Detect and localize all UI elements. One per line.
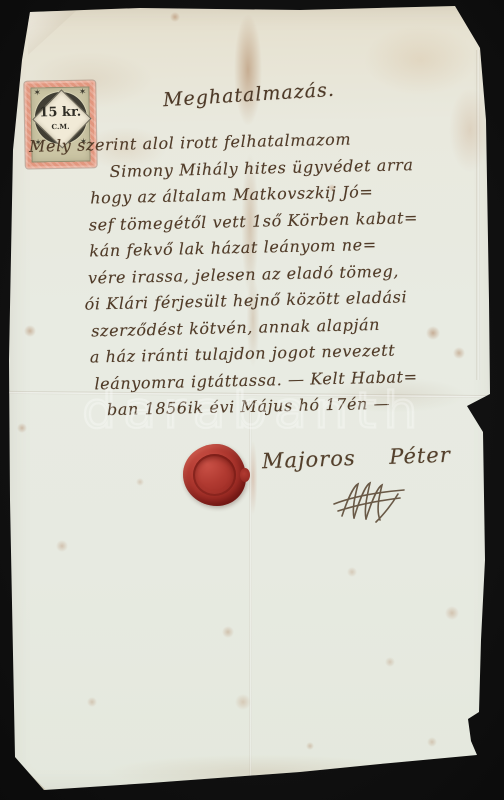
top-left-dogear — [28, 11, 76, 55]
stamp-diamond — [32, 89, 91, 148]
stamp-eagle-ornament: ✶ — [80, 139, 88, 148]
stamp-rosette-circle — [34, 92, 87, 145]
stamp-eagle-ornament: ✶ — [33, 89, 41, 98]
body-line: kán fekvő lak házat leányom ne= — [89, 229, 489, 265]
horizontal-fold-crease — [8, 391, 488, 398]
document-paper: ✶ ✶ ✶ ✶ 15 kr. C.M. Meghatalmazás. Mely … — [0, 0, 504, 800]
signature-flourish — [328, 478, 412, 524]
stamp-eagle-ornament: ✶ — [79, 89, 87, 98]
foxing-stains — [0, 0, 504, 800]
body-line: hogy az általam Matkovszkij Jó= — [90, 176, 488, 212]
body-line: sef tömegétől vett 1ső Körben kabat= — [89, 203, 489, 239]
handwritten-body: Mely szerint alol irott felhatalmazom Si… — [83, 123, 494, 424]
photo-stage: ✶ ✶ ✶ ✶ 15 kr. C.M. Meghatalmazás. Mely … — [0, 0, 504, 800]
bottom-left-fold — [14, 754, 46, 790]
stamp-value-label: 15 kr. — [31, 105, 90, 119]
body-line: a ház iránti tulajdon jogot nevezett — [90, 335, 492, 371]
wax-seal-imprint — [193, 454, 236, 496]
stamp-inner-field: ✶ ✶ ✶ ✶ 15 kr. C.M. — [30, 86, 90, 162]
vertical-fold-crease — [249, 400, 252, 785]
body-line: Simony Mihály hites ügyvédet arra — [109, 150, 488, 185]
revenue-stamp: ✶ ✶ ✶ ✶ 15 kr. C.M. — [24, 80, 97, 168]
signature-text: Majoros Péter — [262, 443, 452, 475]
body-line: szerződést kötvén, annak alapján — [91, 309, 491, 345]
right-edge-crease — [476, 50, 480, 380]
body-line: vére irassa, jelesen az eladó tömeg, — [88, 256, 490, 292]
document-title: Meghatalmazás. — [162, 79, 335, 112]
stamp-eagle-ornament: ✶ — [34, 139, 42, 148]
body-line: ói Klári férjesült hejnő között eladási — [84, 282, 490, 318]
wax-seal — [183, 444, 246, 506]
body-line: Mely szerint alol irott felhatalmazom — [29, 123, 487, 160]
wax-seal-drip — [240, 468, 250, 482]
body-line: leányomra igtáttassa. — Kelt Habat= — [94, 362, 492, 398]
body-line: ban 1856ik évi Május hó 17én — — [107, 388, 494, 423]
stamp-currency-label: C.M. — [31, 122, 90, 130]
